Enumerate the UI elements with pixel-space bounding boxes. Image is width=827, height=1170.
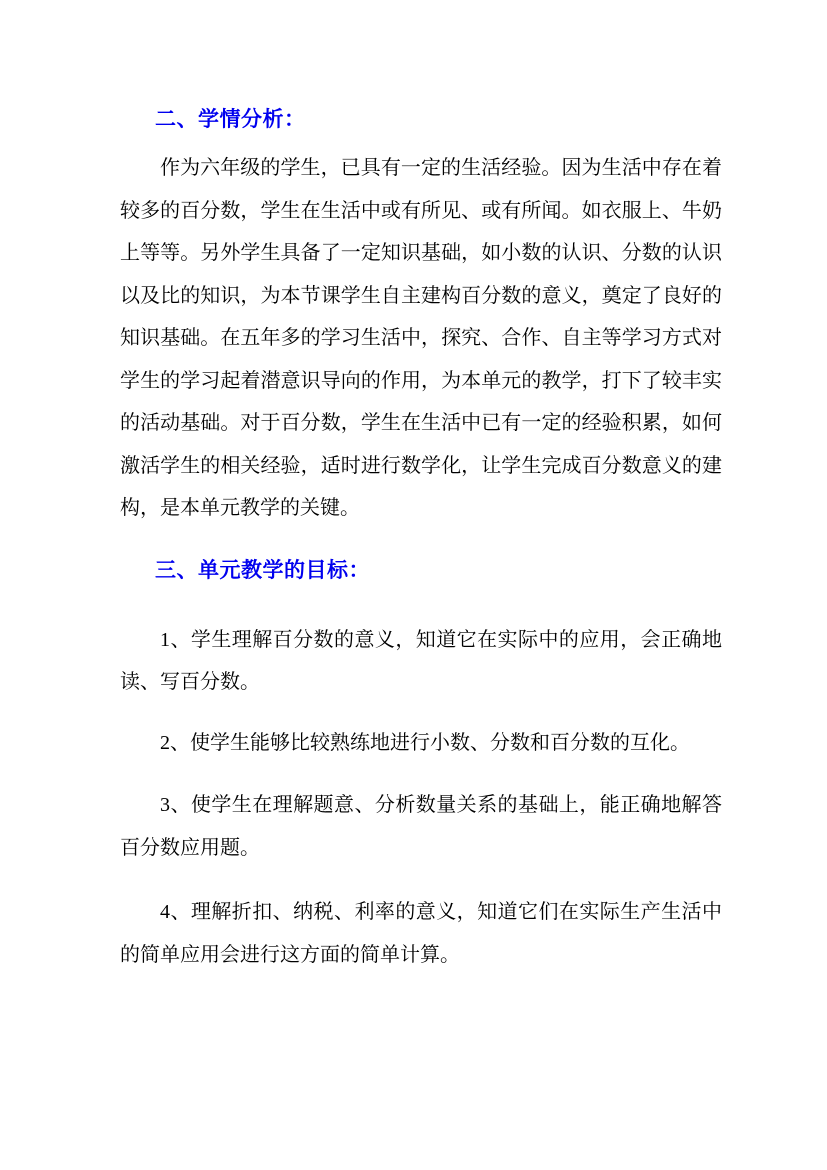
document-content: 二、学情分析： 作为六年级的学生，已具有一定的生活经验。因为生活中存在着较多的百… [120, 0, 722, 976]
objective-item-3: 3、使学生在理解题意、分析数量关系的基础上，能正确地解答百分数应用题。 [120, 784, 722, 869]
objective-item-2: 2、使学生能够比较熟练地进行小数、分数和百分数的互化。 [120, 722, 722, 765]
section-heading-xueqing-fenxi: 二、学情分析： [120, 106, 722, 134]
document-page: 二、学情分析： 作为六年级的学生，已具有一定的生活经验。因为生活中存在着较多的百… [0, 0, 827, 1170]
paragraph-xueqing-analysis: 作为六年级的学生，已具有一定的生活经验。因为生活中存在着较多的百分数，学生在生活… [120, 147, 722, 530]
objective-item-1: 1、学生理解百分数的意义，知道它在实际中的应用，会正确地读、写百分数。 [120, 619, 722, 704]
section-heading-danyuan-mubiao: 三、单元教学的目标： [120, 557, 722, 585]
objective-item-4: 4、理解折扣、纳税、利率的意义，知道它们在实际生产生活中的简单应用会进行这方面的… [120, 891, 722, 976]
